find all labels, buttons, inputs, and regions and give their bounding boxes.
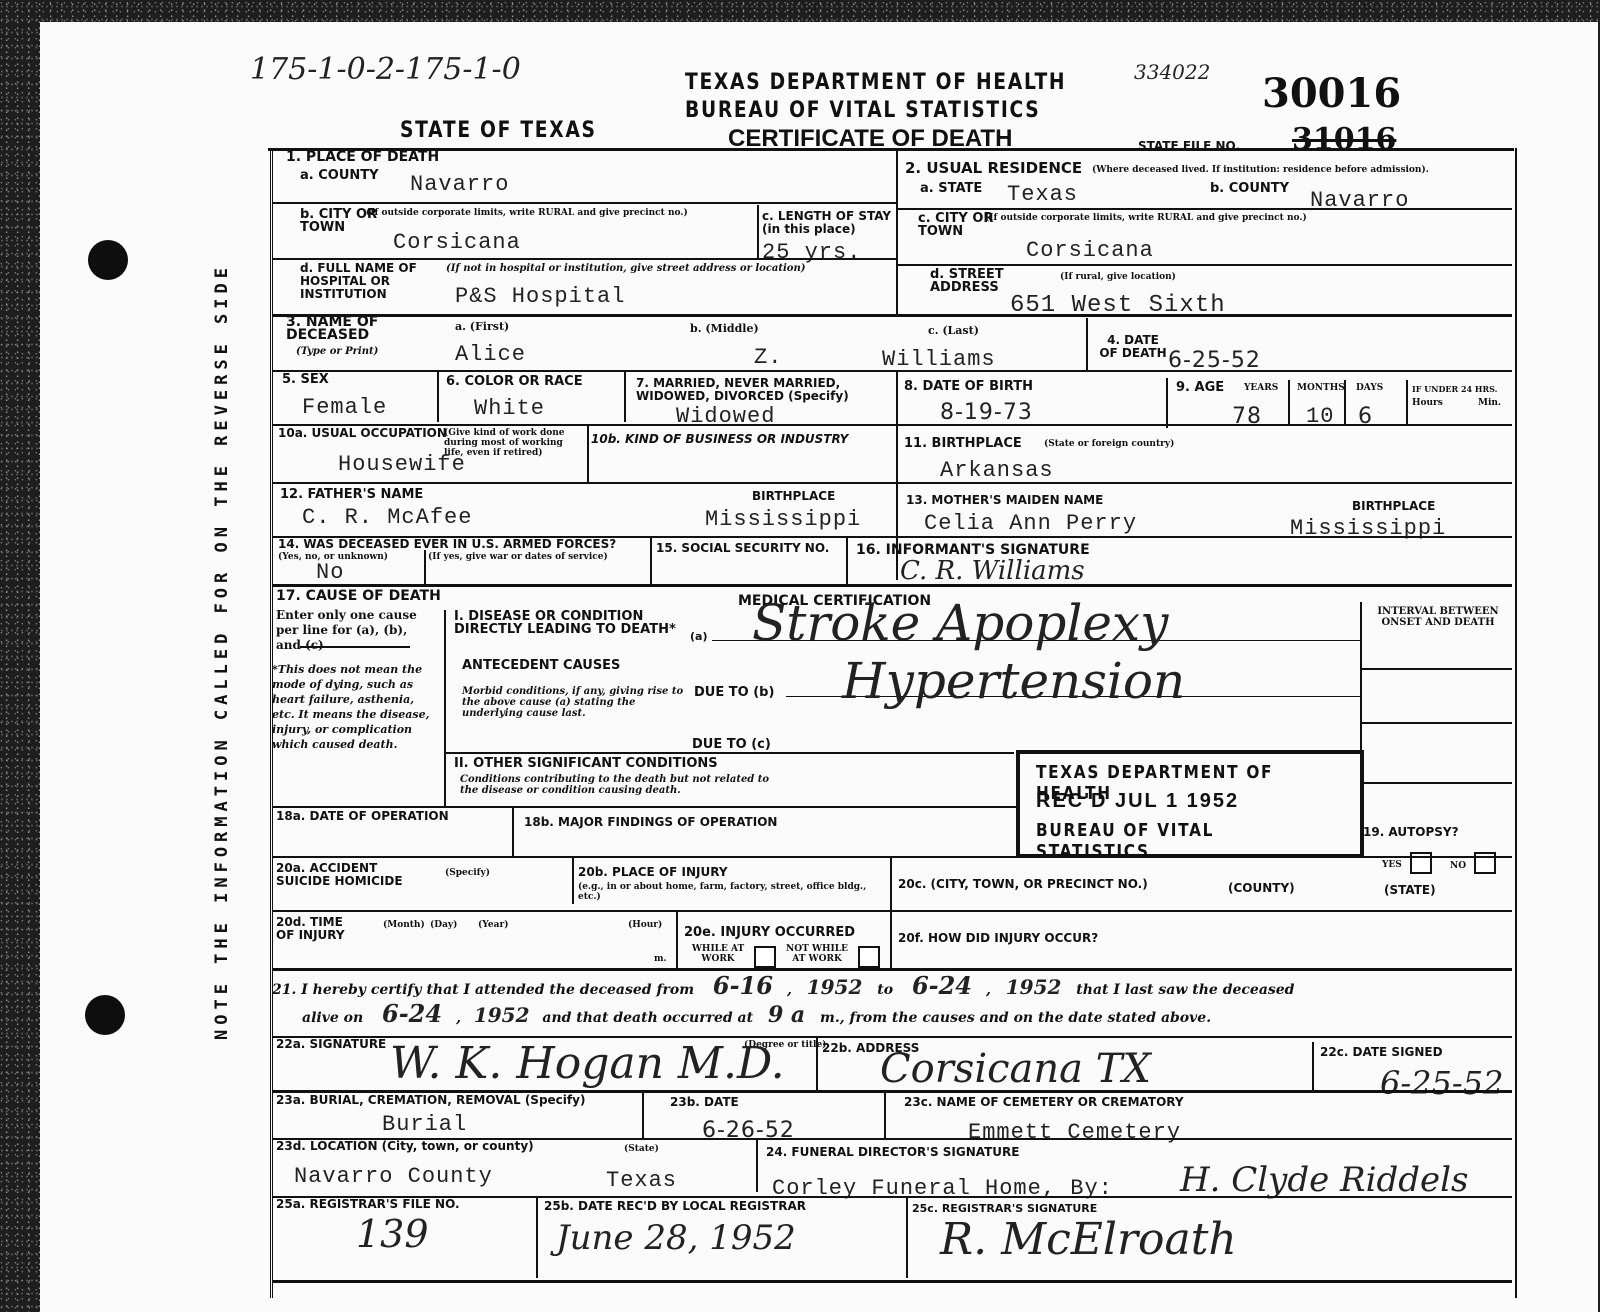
armed-forces-value: No	[316, 560, 344, 585]
antecedent-hint: Morbid conditions, if any, giving rise t…	[462, 686, 692, 719]
at-work-label: WHILE AT WORK	[688, 944, 748, 964]
handwritten-code: 175-1-0-2-175-1-0	[250, 52, 521, 87]
antecedent-label: ANTECEDENT CAUSES	[462, 659, 620, 672]
location-label: 23d. LOCATION (City, town, or county)	[276, 1140, 534, 1153]
date-signed-label: 22c. DATE SIGNED	[1320, 1046, 1443, 1059]
location-value: Navarro County	[294, 1164, 493, 1189]
length-of-stay-value: 25 yrs.	[762, 240, 861, 265]
birthplace-hint: (State or foreign country)	[1044, 439, 1174, 449]
certify-text: 21. I hereby certify that I attended the…	[272, 980, 1294, 996]
usual-residence-label: 2. USUAL RESIDENCE	[905, 162, 1082, 175]
injury-specify: (Specify)	[445, 868, 490, 878]
physician-signature: W. K. Hogan M.D.	[390, 1038, 785, 1089]
attended-from-year: 1952	[807, 975, 863, 999]
punch-hole	[85, 995, 125, 1035]
injury-state-label: (STATE)	[1384, 884, 1436, 897]
registrar-file-label: 25a. REGISTRAR'S FILE NO.	[276, 1198, 460, 1211]
residence-city-value: Corsicana	[1026, 238, 1154, 263]
last-name-value: Williams	[882, 347, 996, 372]
cause-b-label: DUE TO (b)	[694, 686, 774, 699]
alive-on-year: 1952	[474, 1003, 530, 1027]
middle-label: b. (Middle)	[690, 324, 759, 334]
business-label: 10b. KIND OF BUSINESS OR INDUSTRY	[591, 433, 848, 446]
injury-m: m.	[654, 954, 667, 964]
attended-to-date: 6-24	[912, 971, 972, 1000]
injury-occurred-label: 20e. INJURY OCCURRED	[684, 926, 855, 939]
certify-text1: 21. I hereby certify that I attended the…	[272, 982, 694, 998]
mother-birthplace-label: BIRTHPLACE	[1352, 500, 1435, 513]
race-value: White	[474, 396, 545, 421]
autopsy-label: 19. AUTOPSY?	[1363, 826, 1459, 839]
residence-hint: (Where deceased lived. If institution: r…	[1092, 165, 1492, 175]
certify-text4: m., from the causes and on the date stat…	[820, 1010, 1211, 1026]
injury-year: (Year)	[478, 920, 508, 930]
injury-day: (Day)	[430, 920, 457, 930]
operation-date-label: 18a. DATE OF OPERATION	[276, 810, 449, 823]
age-label: 9. AGE	[1176, 381, 1224, 394]
certify-text-line2: alive on 6-24, 1952 and that death occur…	[302, 1008, 1211, 1024]
burial-date-label: 23b. DATE	[670, 1096, 739, 1109]
county-label: a. COUNTY	[300, 169, 379, 182]
city-hint: (If outside corporate limits, write RURA…	[366, 208, 750, 218]
marital-label: 7. MARRIED, NEVER MARRIED, WIDOWED, DIVO…	[636, 377, 896, 403]
funeral-director-signature: H. Clyde Riddels	[1180, 1160, 1469, 1200]
years-label: YEARS	[1244, 383, 1278, 393]
months-label: MONTHS	[1297, 383, 1345, 393]
location-state-value: Texas	[606, 1168, 677, 1193]
punch-hole	[88, 240, 128, 280]
received-stamp: TEXAS DEPARTMENT OF HEALTH REC'D JUL 1 1…	[1016, 750, 1364, 858]
armed-forces-hint-b: (If yes, give war or dates of service)	[428, 552, 608, 562]
cause-of-death-label: 17. CAUSE OF DEATH	[276, 590, 441, 603]
name-hint: (Type or Print)	[296, 346, 378, 357]
date-of-death-label: 4. DATE OF DEATH	[1098, 334, 1168, 360]
injury-type-label: 20a. ACCIDENT SUICIDE HOMICIDE	[276, 862, 416, 888]
handwritten-number: 334022	[1134, 60, 1210, 84]
informant-signature: C. R. Williams	[900, 556, 1085, 586]
physician-address: Corsicana TX	[880, 1046, 1151, 1092]
date-recd-value: June 28, 1952	[556, 1218, 796, 1258]
attended-to-year: 1952	[1006, 975, 1062, 999]
cause-c-label: DUE TO (c)	[692, 738, 771, 751]
signature-label: 22a. SIGNATURE	[276, 1038, 386, 1051]
attended-from-date: 6-16	[713, 971, 773, 1000]
residence-county-label: b. COUNTY	[1210, 182, 1289, 195]
hospital-hint: (If not in hospital or institution, give…	[446, 263, 886, 274]
death-city-value: Corsicana	[393, 230, 521, 255]
autopsy-no-label: NO	[1450, 861, 1466, 871]
certify-text3: and that death occurred at	[542, 1010, 753, 1026]
min-label: Min.	[1478, 398, 1501, 408]
stamp-line2: REC'D JUL 1 1952	[1036, 790, 1239, 813]
injury-hour: (Hour)	[628, 920, 662, 930]
injury-county-label: (COUNTY)	[1228, 882, 1295, 895]
injury-time-label: 20d. TIME OF INJURY	[276, 916, 346, 942]
certify-text2: that I last saw the deceased	[1076, 982, 1294, 998]
registrar-signature: R. McElroath	[940, 1214, 1237, 1265]
street-hint: (If rural, give location)	[1060, 272, 1176, 282]
funeral-director-label: 24. FUNERAL DIRECTOR'S SIGNATURE	[766, 1146, 1019, 1159]
cause-a-value: Stroke Apoplexy	[752, 594, 1168, 652]
birthplace-label: 11. BIRTHPLACE	[904, 437, 1022, 450]
disposition-value: Burial	[382, 1112, 467, 1137]
street-label: d. STREET ADDRESS	[930, 268, 1010, 294]
registrar-file-value: 139	[356, 1212, 429, 1256]
under24-label: IF UNDER 24 HRS.	[1412, 384, 1497, 394]
location-state-label: (State)	[624, 1144, 659, 1154]
agency-line1: TEXAS DEPARTMENT OF HEALTH	[685, 70, 1066, 95]
part1-label: I. DISEASE OR CONDITION DIRECTLY LEADING…	[454, 610, 704, 636]
first-name-value: Alice	[455, 342, 526, 367]
last-label: c. (Last)	[928, 326, 979, 336]
alive-on-label: alive on	[302, 1010, 363, 1026]
father-value: C. R. McAfee	[302, 505, 472, 530]
occupation-label: 10a. USUAL OCCUPATION	[278, 427, 447, 440]
father-birthplace-label: BIRTHPLACE	[752, 490, 835, 503]
date-signed-value: 6-25-52	[1380, 1064, 1503, 1102]
disposition-label: 23a. BURIAL, CREMATION, REMOVAL (Specify…	[276, 1094, 585, 1107]
not-at-work-checkbox[interactable]	[858, 946, 880, 968]
stay-label: c. LENGTH OF STAY (in this place)	[762, 210, 892, 236]
stamped-file-number: 30016	[1262, 70, 1401, 117]
injury-place-hint: (e.g., in or about home, farm, factory, …	[578, 882, 888, 902]
dob-value: 8-19-73	[940, 400, 1033, 425]
ssn-label: 15. SOCIAL SECURITY NO.	[656, 542, 829, 555]
birthplace-value: Arkansas	[940, 458, 1054, 483]
name-label: 3. NAME OF DECEASED	[286, 316, 426, 342]
mother-label: 13. MOTHER'S MAIDEN NAME	[906, 494, 1103, 507]
certify-to: to	[877, 982, 893, 998]
cause-b-value: Hypertension	[842, 652, 1185, 710]
autopsy-yes-label: YES	[1382, 860, 1402, 870]
reverse-side-note: NOTE THE INFORMATION CALLED FOR ON THE R…	[212, 263, 232, 1040]
race-label: 6. COLOR OR RACE	[446, 375, 583, 388]
days-label: DAYS	[1356, 383, 1383, 393]
injury-city-label: 20c. (CITY, TOWN, OR PRECINCT NO.)	[898, 878, 1148, 891]
part2-hint: Conditions contributing to the death but…	[460, 774, 790, 796]
hours-label: Hours	[1412, 398, 1443, 408]
armed-forces-label: 14. WAS DECEASED EVER IN U.S. ARMED FORC…	[278, 538, 616, 551]
sex-value: Female	[302, 395, 387, 420]
cause-footnote: *This does not mean the mode of dying, s…	[272, 662, 437, 752]
place-of-death-label: 1. PLACE OF DEATH	[286, 151, 439, 164]
residence-state-value: Texas	[1007, 182, 1078, 207]
state-of-texas: STATE OF TEXAS	[400, 118, 597, 143]
residence-city-hint: (If outside corporate limits, write RURA…	[985, 213, 1485, 223]
cemetery-label: 23c. NAME OF CEMETERY OR CREMATORY	[904, 1096, 1184, 1109]
operation-findings-label: 18b. MAJOR FINDINGS OF OPERATION	[524, 816, 777, 829]
occupation-value: Housewife	[338, 452, 466, 477]
hospital-label: d. FULL NAME OF HOSPITAL OR INSTITUTION	[300, 262, 440, 301]
at-work-checkbox[interactable]	[754, 946, 776, 968]
middle-name-value: Z.	[754, 345, 782, 370]
residence-state-label: a. STATE	[920, 182, 982, 195]
hospital-value: P&S Hospital	[455, 284, 625, 309]
not-at-work-label: NOT WHILE AT WORK	[782, 944, 852, 964]
death-time: 9 a	[768, 1002, 805, 1028]
death-county-value: Navarro	[410, 172, 509, 197]
agency-line2: BUREAU OF VITAL STATISTICS	[685, 98, 1040, 123]
part2-label: II. OTHER SIGNIFICANT CONDITIONS	[454, 757, 718, 770]
sex-label: 5. SEX	[282, 373, 329, 386]
mother-value: Celia Ann Perry	[924, 511, 1137, 536]
dob-label: 8. DATE OF BIRTH	[904, 380, 1033, 393]
how-injury-label: 20f. HOW DID INJURY OCCUR?	[898, 932, 1098, 945]
injury-month: (Month)	[383, 920, 425, 930]
date-recd-label: 25b. DATE REC'D BY LOCAL REGISTRAR	[544, 1200, 806, 1213]
cause-a-label: (a)	[690, 630, 707, 643]
father-label: 12. FATHER'S NAME	[280, 488, 423, 501]
first-label: a. (First)	[455, 322, 509, 332]
cemetery-value: Emmett Cemetery	[968, 1120, 1181, 1145]
father-birthplace-value: Mississippi	[705, 507, 861, 532]
alive-on-date: 6-24	[382, 999, 442, 1028]
injury-place-label: 20b. PLACE OF INJURY	[578, 866, 728, 879]
interval-label: INTERVAL BETWEEN ONSET AND DEATH	[1368, 606, 1508, 628]
